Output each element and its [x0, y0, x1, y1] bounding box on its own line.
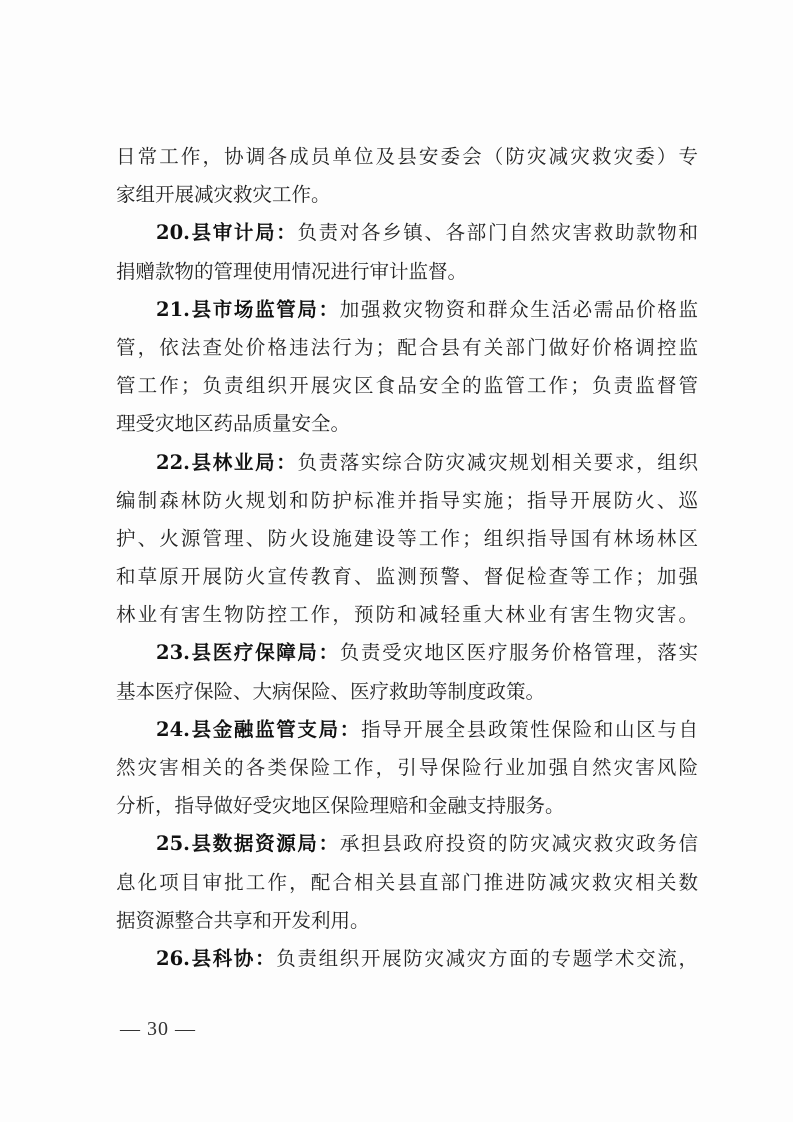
item-20-first-line: 20.县审计局：负责对各乡镇、各部门自然灾害救助款物和 — [116, 214, 698, 252]
paragraph-line: 家组开展减灾救灾工作。 — [116, 176, 698, 214]
paragraph-line: 和草原开展防火宣传教育、监测预警、督促检查等工作；加强 — [116, 558, 698, 596]
item-23-first-line: 23.县医疗保障局：负责受灾地区医疗服务价格管理，落实 — [116, 634, 698, 672]
item-22-heading: 22.县林业局： — [156, 451, 297, 474]
paragraph-line: 捐赠款物的管理使用情况进行审计监督。 — [116, 253, 698, 291]
item-21-first-line: 21.县市场监管局：加强救灾物资和群众生活必需品价格监 — [116, 291, 698, 329]
paragraph-line: 日常工作，协调各成员单位及县安委会（防灾减灾救灾委）专 — [116, 138, 698, 176]
item-24-heading: 24.县金融监管支局： — [156, 718, 361, 741]
page-number: — 30 — — [120, 1018, 196, 1041]
item-24-first-line: 24.县金融监管支局：指导开展全县政策性保险和山区与自 — [116, 711, 698, 749]
document-page: 日常工作，协调各成员单位及县安委会（防灾减灾救灾委）专 家组开展减灾救灾工作。 … — [116, 138, 698, 978]
paragraph-line: 基本医疗保险、大病保险、医疗救助等制度政策。 — [116, 673, 698, 711]
paragraph-line: 分析，指导做好受灾地区保险理赔和金融支持服务。 — [116, 787, 698, 825]
item-25-first-line: 25.县数据资源局：承担县政府投资的防灾减灾救灾政务信 — [116, 825, 698, 863]
paragraph-line: 林业有害生物防控工作，预防和减轻重大林业有害生物灾害。 — [116, 596, 698, 634]
item-23-heading: 23.县医疗保障局： — [156, 641, 340, 664]
paragraph-line: 编制森林防火规划和防护标准并指导实施；指导开展防火、巡 — [116, 482, 698, 520]
paragraph-line: 然灾害相关的各类保险工作，引导保险行业加强自然灾害风险 — [116, 749, 698, 787]
paragraph-line: 理受灾地区药品质量安全。 — [116, 405, 698, 443]
paragraph-line: 据资源整合共享和开发利用。 — [116, 902, 698, 940]
paragraph-line: 管，依法查处价格违法行为；配合县有关部门做好价格调控监 — [116, 329, 698, 367]
item-22-first-line: 22.县林业局：负责落实综合防灾减灾规划相关要求，组织 — [116, 444, 698, 482]
paragraph-line: 护、火源管理、防火设施建设等工作；组织指导国有林场林区 — [116, 520, 698, 558]
item-26-heading: 26.县科协： — [156, 947, 276, 970]
item-21-heading: 21.县市场监管局： — [156, 298, 340, 321]
item-26-first-line: 26.县科协：负责组织开展防灾减灾方面的专题学术交流， — [116, 940, 698, 978]
item-20-heading: 20.县审计局： — [156, 221, 297, 244]
paragraph-line: 息化项目审批工作，配合相关县直部门推进防减灾救灾相关数 — [116, 864, 698, 902]
paragraph-line: 管工作；负责组织开展灾区食品安全的监管工作；负责监督管 — [116, 367, 698, 405]
item-25-heading: 25.县数据资源局： — [156, 832, 340, 855]
